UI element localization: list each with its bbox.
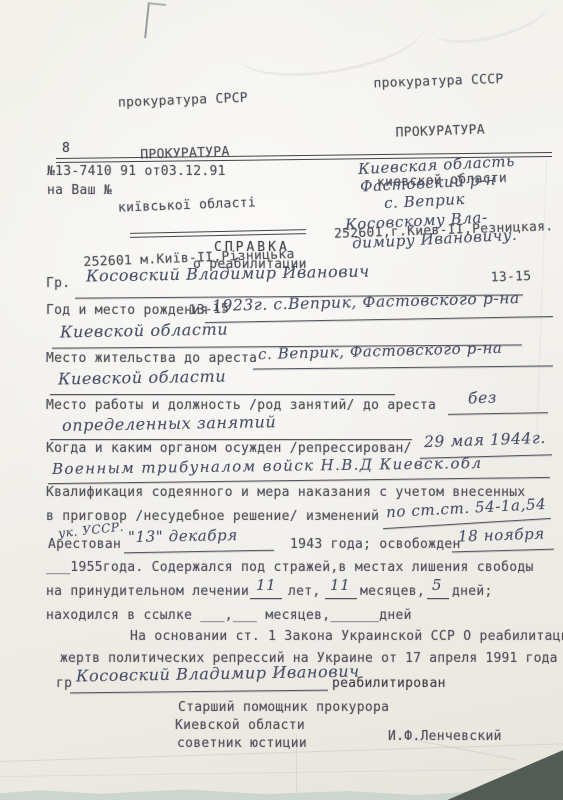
birth-label: Год и место рождения	[46, 303, 209, 318]
occupation-label: Место работы и должность /род занятий/ д…	[46, 398, 436, 413]
pen-mark-top-left	[144, 2, 166, 40]
document-page: прокуратура СРСР ПРОКУРАТУРА київської о…	[0, 0, 563, 800]
convicted-date-handwritten: 29 мая 1944г.	[424, 429, 547, 451]
released-year-line: ___1955года. Содержался под стражей,в ме…	[46, 560, 534, 575]
custody-days-handwritten: 5	[432, 576, 442, 594]
underline	[427, 598, 449, 599]
page-mark: 8	[62, 141, 70, 156]
incoming-number-label: на Ваш №	[47, 183, 112, 198]
citizen-name-handwritten: Косовский Владимир Иванович	[86, 262, 370, 286]
signatory-title-line3: советник юстиции	[177, 736, 307, 751]
underline	[250, 598, 282, 599]
letterhead-line: ПРОКУРАТУРА	[326, 120, 554, 144]
basis-line1: На основании ст. 1 Закона Украинской ССР…	[130, 629, 563, 644]
paper-crease	[0, 768, 563, 777]
signatory-title-line1: Старший помощник прокурора	[178, 700, 389, 715]
custody-months-label: месяцев,	[360, 584, 425, 599]
occupation-value-handwritten: без	[468, 389, 498, 408]
convicted-organ-handwritten: Военным трибуналом войск Н.В.Д Киевск.об…	[52, 454, 483, 478]
arrested-released-text: 1943 года; освобожден	[290, 537, 461, 552]
arrested-label: Арестован	[48, 537, 121, 552]
underline	[253, 365, 553, 369]
underline	[48, 477, 550, 484]
rehab-name-handwritten: Косовский Владимир Иванович	[76, 662, 360, 686]
arrested-date-handwritten: "13" декабря	[128, 526, 238, 546]
custody-days-label: дней;	[452, 584, 493, 599]
birth-value-continuation: Киевской области	[60, 320, 228, 342]
signatory-name: И.Ф.Ленчевский	[388, 729, 502, 744]
citizen-label: Гр.	[46, 276, 70, 291]
custody-years-handwritten: 11	[256, 576, 276, 594]
residence-label: Место жительства до ареста	[46, 351, 257, 366]
underline	[124, 550, 274, 554]
underline	[325, 598, 357, 599]
underline	[452, 549, 554, 553]
letterhead-line: прокуратура СРСР	[64, 88, 302, 115]
residence-value-continuation: Киевской области	[58, 367, 226, 389]
letterhead-line: прокуратура СССР	[324, 70, 552, 94]
underline	[50, 394, 395, 395]
custody-years-label: лет,	[288, 584, 321, 599]
occupation-value-continuation: определенных занятий	[62, 412, 277, 435]
released-date-handwritten: 18 ноября	[458, 524, 545, 545]
document-title: СПРАВКА	[214, 240, 290, 255]
underline	[448, 412, 548, 415]
custody-months-handwritten: 11	[330, 576, 350, 594]
outgoing-number: №13-7410 91 от03.12.91	[47, 164, 226, 179]
qualification-line1: Квалификация содеянного и мера наказания…	[46, 485, 525, 500]
torn-corner-shadow	[445, 748, 563, 800]
rehab-result-text: реабилитирован	[332, 676, 446, 691]
exile-line: находился в ссылке ___,___ месяцев,_____…	[46, 608, 412, 623]
underline	[70, 690, 328, 694]
rehab-citizen-label: гр	[56, 676, 72, 691]
signatory-title-line2: Киевской области	[175, 718, 305, 733]
letterhead-line: ПРОКУРАТУРА	[66, 140, 304, 167]
custody-label: на принудительном лечении	[46, 584, 249, 599]
convicted-label: Когда и каким органом осужден /репрессир…	[46, 441, 412, 456]
